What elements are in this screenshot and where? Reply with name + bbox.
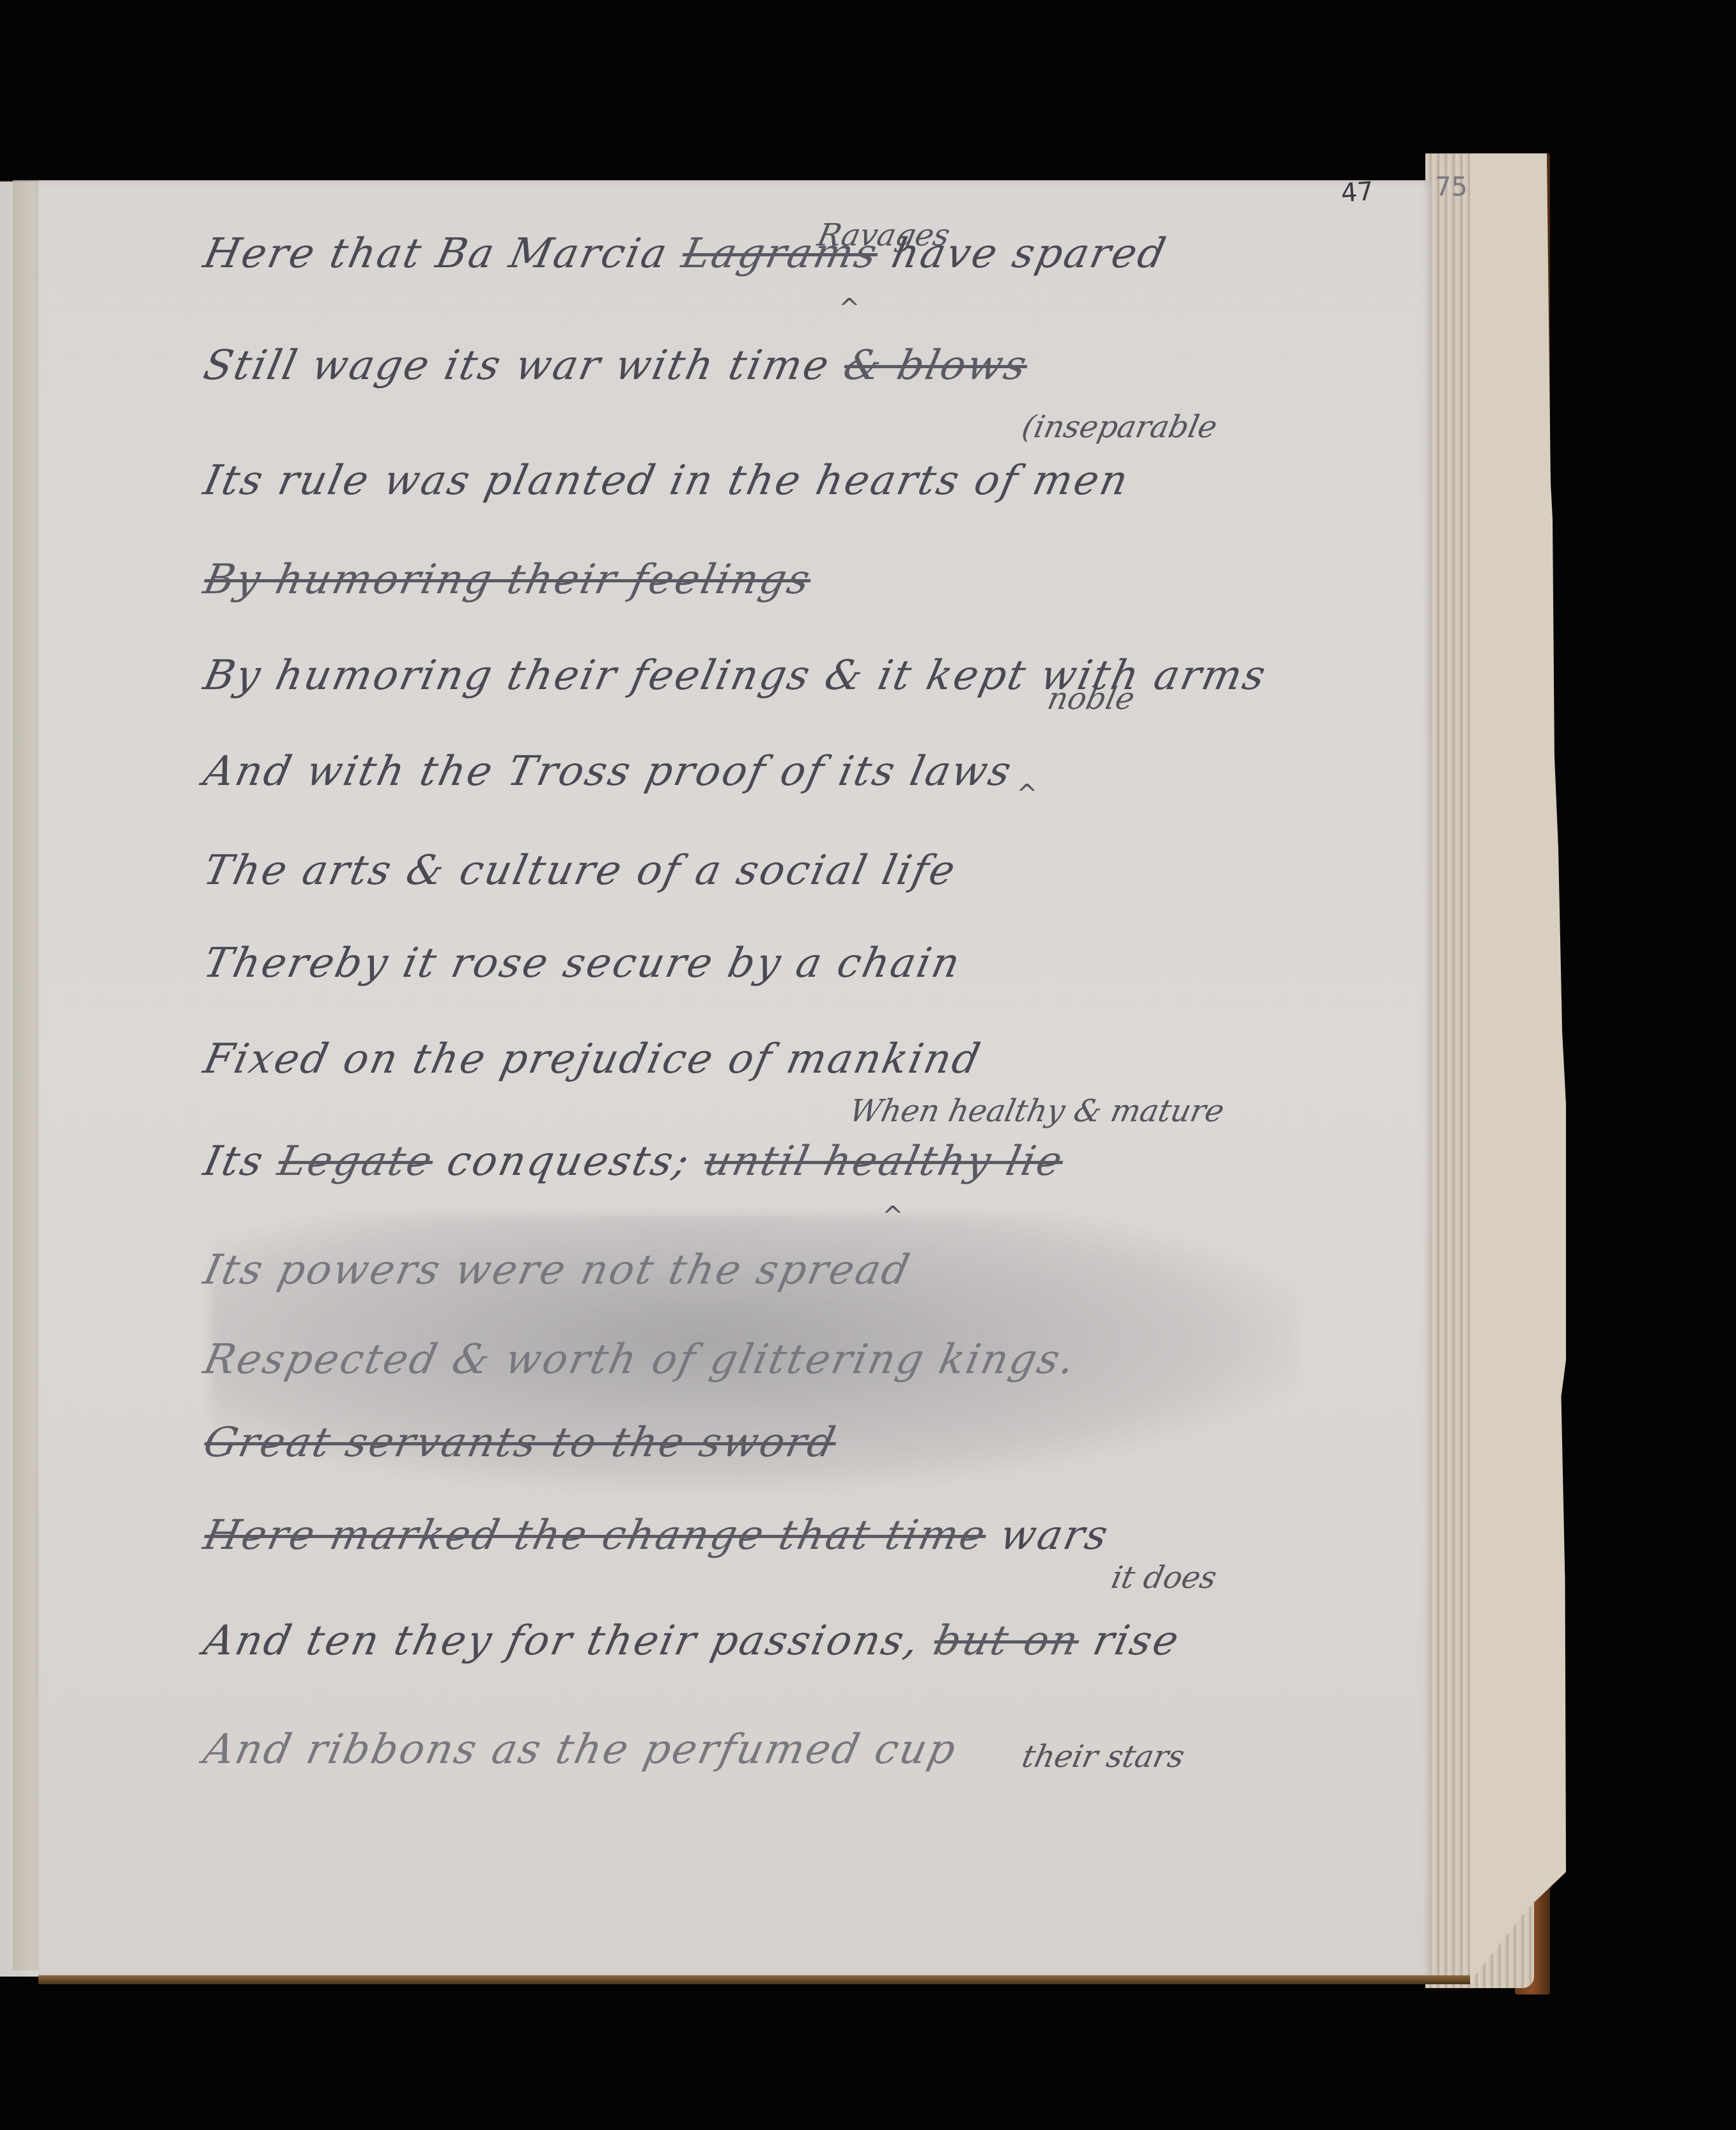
manuscript-line-6: And with the Tross proof of its laws — [199, 748, 1373, 795]
insertion-caret: ^ — [882, 1202, 904, 1231]
line-text: Thereby it rose secure by a chain — [199, 940, 966, 987]
struck-text: Legate — [274, 1138, 438, 1185]
manuscript-line-7: The arts & culture of a social life — [199, 847, 1373, 894]
manuscript-line-12-smudged: Respected & worth of glittering kings. — [199, 1336, 1373, 1383]
line-text: wars — [981, 1512, 1113, 1559]
line-text: laws — [906, 748, 1017, 795]
manuscript-line-4: By humoring their feelings — [199, 556, 1373, 603]
page-number-behind: 75 — [1435, 173, 1468, 202]
line-text: And ten they for their passions, — [199, 1617, 940, 1665]
line-text: By humoring their feelings & it kept wit… — [199, 652, 1271, 699]
page-bottom-edge — [38, 1975, 1470, 1984]
struck-text: By humoring their feelings — [199, 556, 816, 603]
line-text: have spared — [872, 230, 1171, 277]
line-text: Its — [199, 1138, 284, 1185]
line-text: Here that Ba Marcia — [199, 230, 688, 277]
line-text: Fixed on the prejudice of mankind — [199, 1036, 986, 1083]
line-text: Its rule was planted in the hearts of me… — [199, 457, 1134, 504]
line-text: Respected & worth of glittering kings. — [199, 1336, 1081, 1383]
struck-text: Great servants to the sword — [199, 1419, 841, 1466]
struck-text: until healthy lie — [700, 1138, 1068, 1185]
manuscript-line-9: Fixed on the prejudice of mankind — [199, 1036, 1373, 1083]
manuscript-line-2: Still wage its war with time & blows — [199, 342, 1373, 389]
insertion-caret: ^ — [839, 294, 860, 323]
manuscript-line-1: Here that Ba Marcia Lagrams have spared — [199, 230, 1373, 277]
manuscript-line-13: Great servants to the sword — [199, 1419, 1373, 1466]
line-text: Its powers were not the spread — [199, 1247, 915, 1294]
manuscript-line-14: Here marked the change that time wars — [199, 1512, 1373, 1559]
struck-text: Lagrams — [678, 230, 883, 277]
line-text: And with the Tross proof of its — [199, 748, 916, 795]
manuscript-line-10: Its Legate conquests; until healthy lie — [199, 1138, 1373, 1185]
page-number: 47 — [1340, 176, 1374, 208]
manuscript-line-15: And ten they for their passions, but on … — [199, 1617, 1373, 1665]
manuscript-line-8: Thereby it rose secure by a chain — [199, 940, 1373, 987]
line-text: And ribbons — [199, 1726, 497, 1773]
struck-text: Here marked the change that time — [199, 1512, 991, 1559]
manuscript-line-16: And ribbons as the perfumed cup — [199, 1726, 1373, 1773]
manuscript-line-11-smudged: Its powers were not the spread — [199, 1247, 1373, 1294]
line-text: Still wage its war with time — [199, 342, 849, 389]
manuscript-line-5: By humoring their feelings & it kept wit… — [199, 652, 1373, 699]
manuscript-line-3: Its rule was planted in the hearts of me… — [199, 457, 1373, 504]
struck-text: & blows — [839, 342, 1032, 389]
insertion-it-does: it does — [1108, 1560, 1220, 1596]
line-text: as the perfumed cup — [488, 1726, 961, 1773]
line-text: The arts & culture of a social life — [199, 847, 961, 894]
line-text: conquests; — [428, 1138, 709, 1185]
line-text: rise — [1074, 1617, 1184, 1665]
torn-page-flap — [1470, 153, 1566, 1982]
insertion-when-healthy: When healthy & mature — [846, 1093, 1227, 1129]
struck-text: but on — [929, 1617, 1084, 1665]
insertion-inseparable: (inseparable — [1019, 409, 1220, 445]
